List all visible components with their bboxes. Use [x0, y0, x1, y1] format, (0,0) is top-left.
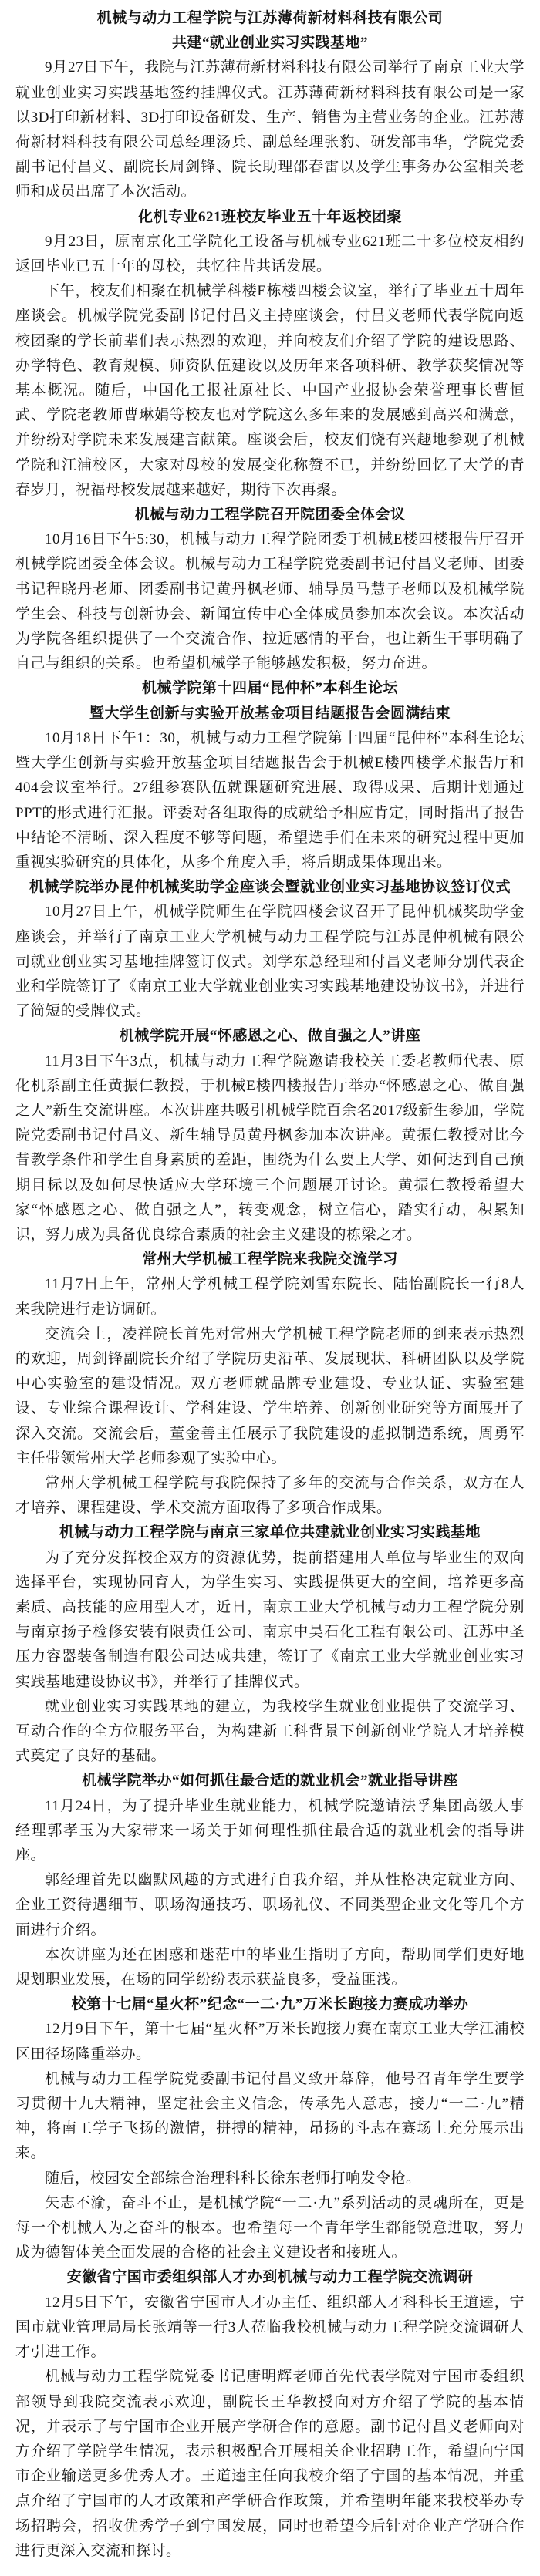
article-title-line: 机械与动力工程学院与南京三家单位共建就业创业实习实践基地	[15, 1520, 525, 1545]
article-title-line: 机械与动力工程学院召开院团委全体会议	[15, 503, 525, 527]
article-paragraph: 11月3日下午3点，机械与动力工程学院邀请我校关工委老教师代表、原化机系副主任黄…	[15, 1049, 525, 1248]
article-title: 机械学院举办“如何抓住最合适的就业机会”就业指导讲座	[15, 1769, 525, 1793]
article-title: 机械学院举办昆仲机械奖助学金座谈会暨就业创业实习基地协议签订仪式	[15, 875, 525, 900]
article-title-line: 机械学院开展“怀感恩之心、做自强之人”讲座	[15, 1024, 525, 1049]
article: 安徽省宁国市委组织部人才办到机械与动力工程学院交流调研12月5日下午，安徽省宁国…	[15, 2265, 525, 2563]
article: 校第十七届“星火杯”纪念“一二·九”万米长跑接力赛成功举办12月9日下午，第十七…	[15, 1992, 525, 2265]
article-title: 机械与动力工程学院与江苏薄荷新材料科技有限公司共建“就业创业实习实践基地”	[15, 6, 525, 56]
article-paragraph: 12月5日下午，安徽省宁国市人才办主任、组织部人才科科长王道逵，宁国市就业管理局…	[15, 2291, 525, 2366]
article-paragraph: 交流会上，凌祥院长首先对常州大学机械工程学院老师的到来表示热烈的欢迎，周剑锋副院…	[15, 1322, 525, 1471]
article-paragraph: 就业创业实习实践基地的建立，为我校学生就业创业提供了交流学习、互动合作的全方位服…	[15, 1695, 525, 1770]
article-title: 安徽省宁国市委组织部人才办到机械与动力工程学院交流调研	[15, 2265, 525, 2290]
article-title-line: 暨大学生创新与实验开放基金项目结题报告会圆满结束	[15, 702, 525, 726]
article-paragraph: 本次讲座为还在困惑和迷茫中的毕业生指明了方向，帮助同学们更好地规划职业发展，在场…	[15, 1943, 525, 1992]
article-paragraph: 为了充分发挥校企双方的资源优势，提前搭建用人单位与毕业生的双向选择平台，实现协同…	[15, 1546, 525, 1695]
article: 机械与动力工程学院与江苏薄荷新材料科技有限公司共建“就业创业实习实践基地”9月2…	[15, 6, 525, 205]
articles-container: 机械与动力工程学院与江苏薄荷新材料科技有限公司共建“就业创业实习实践基地”9月2…	[15, 6, 525, 2564]
article: 机械学院举办昆仲机械奖助学金座谈会暨就业创业实习基地协议签订仪式10月27日上午…	[15, 875, 525, 1024]
article: 机械学院举办“如何抓住最合适的就业机会”就业指导讲座11月24日，为了提升毕业生…	[15, 1769, 525, 1992]
article-title: 机械与动力工程学院召开院团委全体会议	[15, 503, 525, 527]
article-title-line: 共建“就业创业实习实践基地”	[15, 31, 525, 56]
article-paragraph: 10月16日下午5:30，机械与动力工程学院团委于机械E楼四楼报告厅召开机械学院…	[15, 527, 525, 676]
article-title: 机械与动力工程学院与南京三家单位共建就业创业实习实践基地	[15, 1520, 525, 1545]
article: 机械学院开展“怀感恩之心、做自强之人”讲座11月3日下午3点，机械与动力工程学院…	[15, 1024, 525, 1248]
article-paragraph: 郭经理首先以幽默风趣的方式进行自我介绍，并从性格决定就业方向、企业工资待遇细节、…	[15, 1868, 525, 1943]
article-title-line: 安徽省宁国市委组织部人才办到机械与动力工程学院交流调研	[15, 2265, 525, 2290]
article: 机械与动力工程学院与南京三家单位共建就业创业实习实践基地为了充分发挥校企双方的资…	[15, 1520, 525, 1769]
article: 常州大学机械工程学院来我院交流学习11月7日上午，常州大学机械工程学院刘雪东院长…	[15, 1248, 525, 1520]
article: 机械与动力工程学院召开院团委全体会议10月16日下午5:30，机械与动力工程学院…	[15, 503, 525, 676]
article-paragraph: 10月27日上午，机械学院师生在学院四楼会议召开了昆仲机械奖助学金座谈会，并举行…	[15, 900, 525, 1024]
article-paragraph: 矢志不渝，奋斗不止，是机械学院“一二·九”系列活动的灵魂所在，更是每一个机械人为…	[15, 2191, 525, 2266]
article-paragraph: 常州大学机械工程学院与我院保持了多年的交流与合作关系，双方在人才培养、课程建设、…	[15, 1471, 525, 1520]
article: 化机专业621班校友毕业五十年返校团聚9月23日，原南京化工学院化工设备与机械专…	[15, 205, 525, 503]
article-title-line: 机械学院举办“如何抓住最合适的就业机会”就业指导讲座	[15, 1769, 525, 1793]
article-paragraph: 12月9日下午，第十七届“星火杯”万米长跑接力赛在南京工业大学江浦校区田径场隆重…	[15, 2017, 525, 2066]
article-paragraph: 11月7日上午，常州大学机械工程学院刘雪东院长、陆怡副院长一行8人来我院进行走访…	[15, 1272, 525, 1322]
article-title-line: 机械学院举办昆仲机械奖助学金座谈会暨就业创业实习基地协议签订仪式	[15, 875, 525, 900]
article-title: 机械学院开展“怀感恩之心、做自强之人”讲座	[15, 1024, 525, 1049]
article-title-line: 机械学院第十四届“昆仲杯”本科生论坛	[15, 676, 525, 701]
document-page: 机械与动力工程学院与江苏薄荷新材料科技有限公司共建“就业创业实习实践基地”9月2…	[0, 0, 540, 2576]
article-paragraph: 10月18日下午1：30，机械与动力工程学院第十四届“昆仲杯”本科生论坛暨大学生…	[15, 726, 525, 875]
article-title-line: 化机专业621班校友毕业五十年返校团聚	[15, 205, 525, 230]
article-paragraph: 9月23日，原南京化工学院化工设备与机械专业621班二十多位校友相约返回毕业已五…	[15, 230, 525, 279]
article-title-line: 常州大学机械工程学院来我院交流学习	[15, 1248, 525, 1272]
article-title: 机械学院第十四届“昆仲杯”本科生论坛暨大学生创新与实验开放基金项目结题报告会圆满…	[15, 676, 525, 726]
article-title-line: 机械与动力工程学院与江苏薄荷新材料科技有限公司	[15, 6, 525, 31]
article-paragraph: 随后，校园安全部综合治理科科长徐东老师打响发令枪。	[15, 2167, 525, 2191]
article-paragraph: 下午，校友们相聚在机械学科楼E栋楼四楼会议室，举行了毕业五十周年座谈会。机械学院…	[15, 279, 525, 503]
article-title-line: 校第十七届“星火杯”纪念“一二·九”万米长跑接力赛成功举办	[15, 1992, 525, 2017]
article-title: 化机专业621班校友毕业五十年返校团聚	[15, 205, 525, 230]
article: 机械学院第十四届“昆仲杯”本科生论坛暨大学生创新与实验开放基金项目结题报告会圆满…	[15, 676, 525, 875]
article-paragraph: 机械与动力工程学院党委副书记付昌义致开幕辞，他号召青年学生要学习贯彻十九大精神，…	[15, 2067, 525, 2167]
article-title: 校第十七届“星火杯”纪念“一二·九”万米长跑接力赛成功举办	[15, 1992, 525, 2017]
article-title: 常州大学机械工程学院来我院交流学习	[15, 1248, 525, 1272]
article-paragraph: 11月24日，为了提升毕业生就业能力，机械学院邀请法孚集团高级人事经理郭孝玉为大…	[15, 1794, 525, 1869]
article-paragraph: 机械与动力工程学院党委书记唐明辉老师首先代表学院对宁国市委组织部领导到我院交流表…	[15, 2365, 525, 2564]
article-paragraph: 9月27日下午，我院与江苏薄荷新材料科技有限公司举行了南京工业大学就业创业实习实…	[15, 56, 525, 204]
